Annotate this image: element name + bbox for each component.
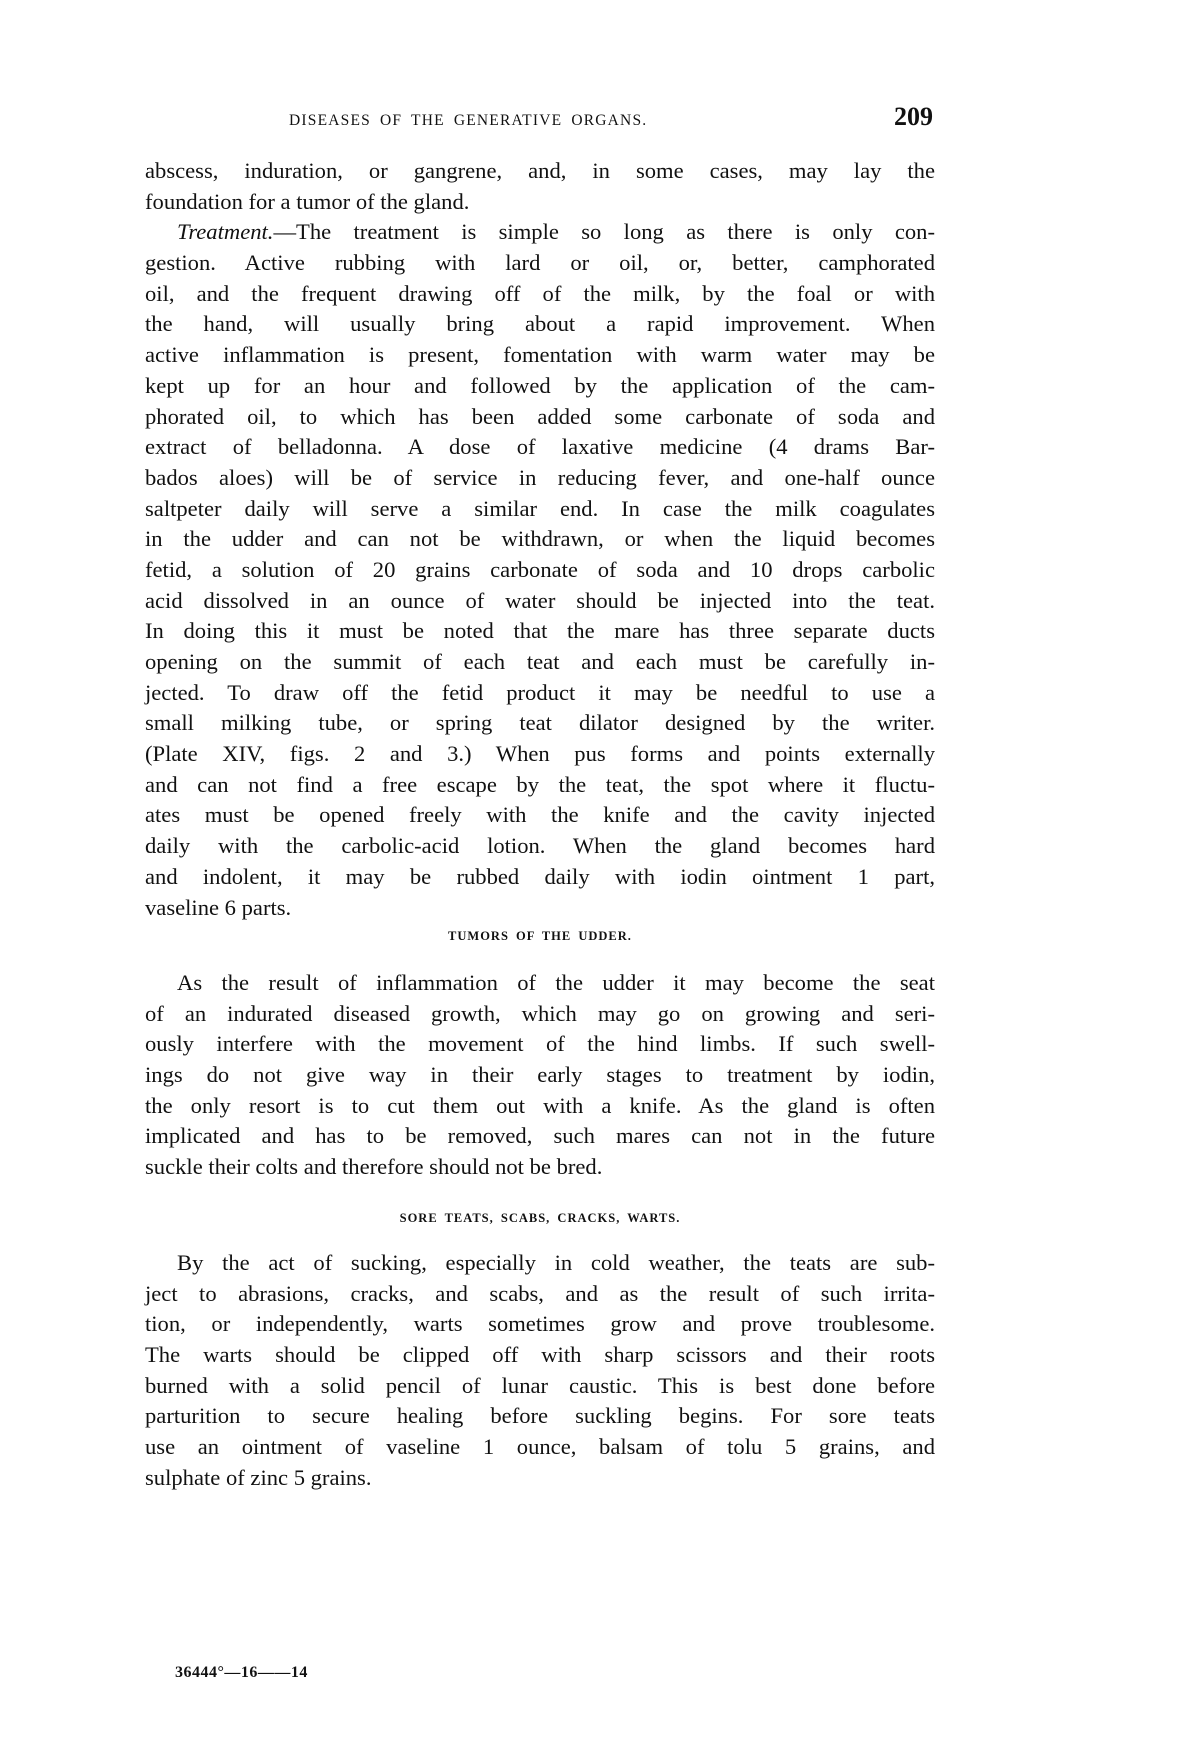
text-line: By the act of sucking, especially in col… [145,1248,935,1279]
text-line: As the result of inflammation of the udd… [145,968,935,999]
text-line: Treatment.—The treatment is simple so lo… [145,217,935,248]
text-line: In doing this it must be noted that the … [145,616,935,647]
text-line: phorated oil, to which has been added so… [145,402,935,433]
text-line: opening on the summit of each teat and e… [145,647,935,678]
text-line: abscess, induration, or gangrene, and, i… [145,156,935,187]
text-line: bados aloes) will be of service in reduc… [145,463,935,494]
text-line: ings do not give way in their early stag… [145,1060,935,1091]
text-line: ates must be opened freely with the knif… [145,800,935,831]
text-line: kept up for an hour and followed by the … [145,371,935,402]
text-line: daily with the carbolic-acid lotion. Whe… [145,831,935,862]
text-line: the only resort is to cut them out with … [145,1091,935,1122]
text-line: extract of belladonna. A dose of laxativ… [145,432,935,463]
text-line: tion, or independently, warts sometimes … [145,1309,935,1340]
text-line: fetid, a solution of 20 grains carbonate… [145,555,935,586]
text-line: parturition to secure healing before suc… [145,1401,935,1432]
running-head: DISEASES OF THE GENERATIVE ORGANS. 209 [145,102,935,136]
text-line: of an indurated diseased growth, which m… [145,999,935,1030]
text-line: jected. To draw off the fetid product it… [145,678,935,709]
text-line: and can not find a free escape by the te… [145,770,935,801]
paragraph-tumors: As the result of inflammation of the udd… [145,968,935,1183]
paragraph-continuation: abscess, induration, or gangrene, and, i… [145,156,935,217]
paragraph-sore-teats: By the act of sucking, especially in col… [145,1248,935,1494]
text-line: suckle their colts and therefore should … [145,1152,935,1183]
section-heading-sore-teats: SORE TEATS, SCABS, CRACKS, WARTS. [145,1211,935,1226]
treatment-label: Treatment. [177,219,273,244]
text-line: vaseline 6 parts. [145,893,935,924]
text-line: saltpeter daily will serve a similar end… [145,494,935,525]
page-number: 209 [894,102,933,132]
text-line: ously interfere with the movement of the… [145,1029,935,1060]
text-line: and indolent, it may be rubbed daily wit… [145,862,935,893]
running-title: DISEASES OF THE GENERATIVE ORGANS. [289,112,647,130]
text-line: use an ointment of vaseline 1 ounce, bal… [145,1432,935,1463]
text-line: active inflammation is present, fomentat… [145,340,935,371]
text-line: acid dissolved in an ounce of water shou… [145,586,935,617]
section-heading-tumors: TUMORS OF THE UDDER. [145,929,935,944]
text-line: (Plate XIV, figs. 2 and 3.) When pus for… [145,739,935,770]
text-line: The warts should be clipped off with sha… [145,1340,935,1371]
text-line: small milking tube, or spring teat dilat… [145,708,935,739]
text-line: ject to abrasions, cracks, and scabs, an… [145,1279,935,1310]
text-line: gestion. Active rubbing with lard or oil… [145,248,935,279]
text-line: sulphate of zinc 5 grains. [145,1463,935,1494]
text-line: foundation for a tumor of the gland. [145,187,935,218]
paragraph-treatment: Treatment.—The treatment is simple so lo… [145,217,935,923]
text-line: burned with a solid pencil of lunar caus… [145,1371,935,1402]
printer-signature: 36444°—16——14 [175,1664,308,1682]
text-line: in the udder and can not be withdrawn, o… [145,524,935,555]
text-line: oil, and the frequent drawing off of the… [145,279,935,310]
text-line: implicated and has to be removed, such m… [145,1121,935,1152]
text-line: the hand, will usually bring about a rap… [145,309,935,340]
